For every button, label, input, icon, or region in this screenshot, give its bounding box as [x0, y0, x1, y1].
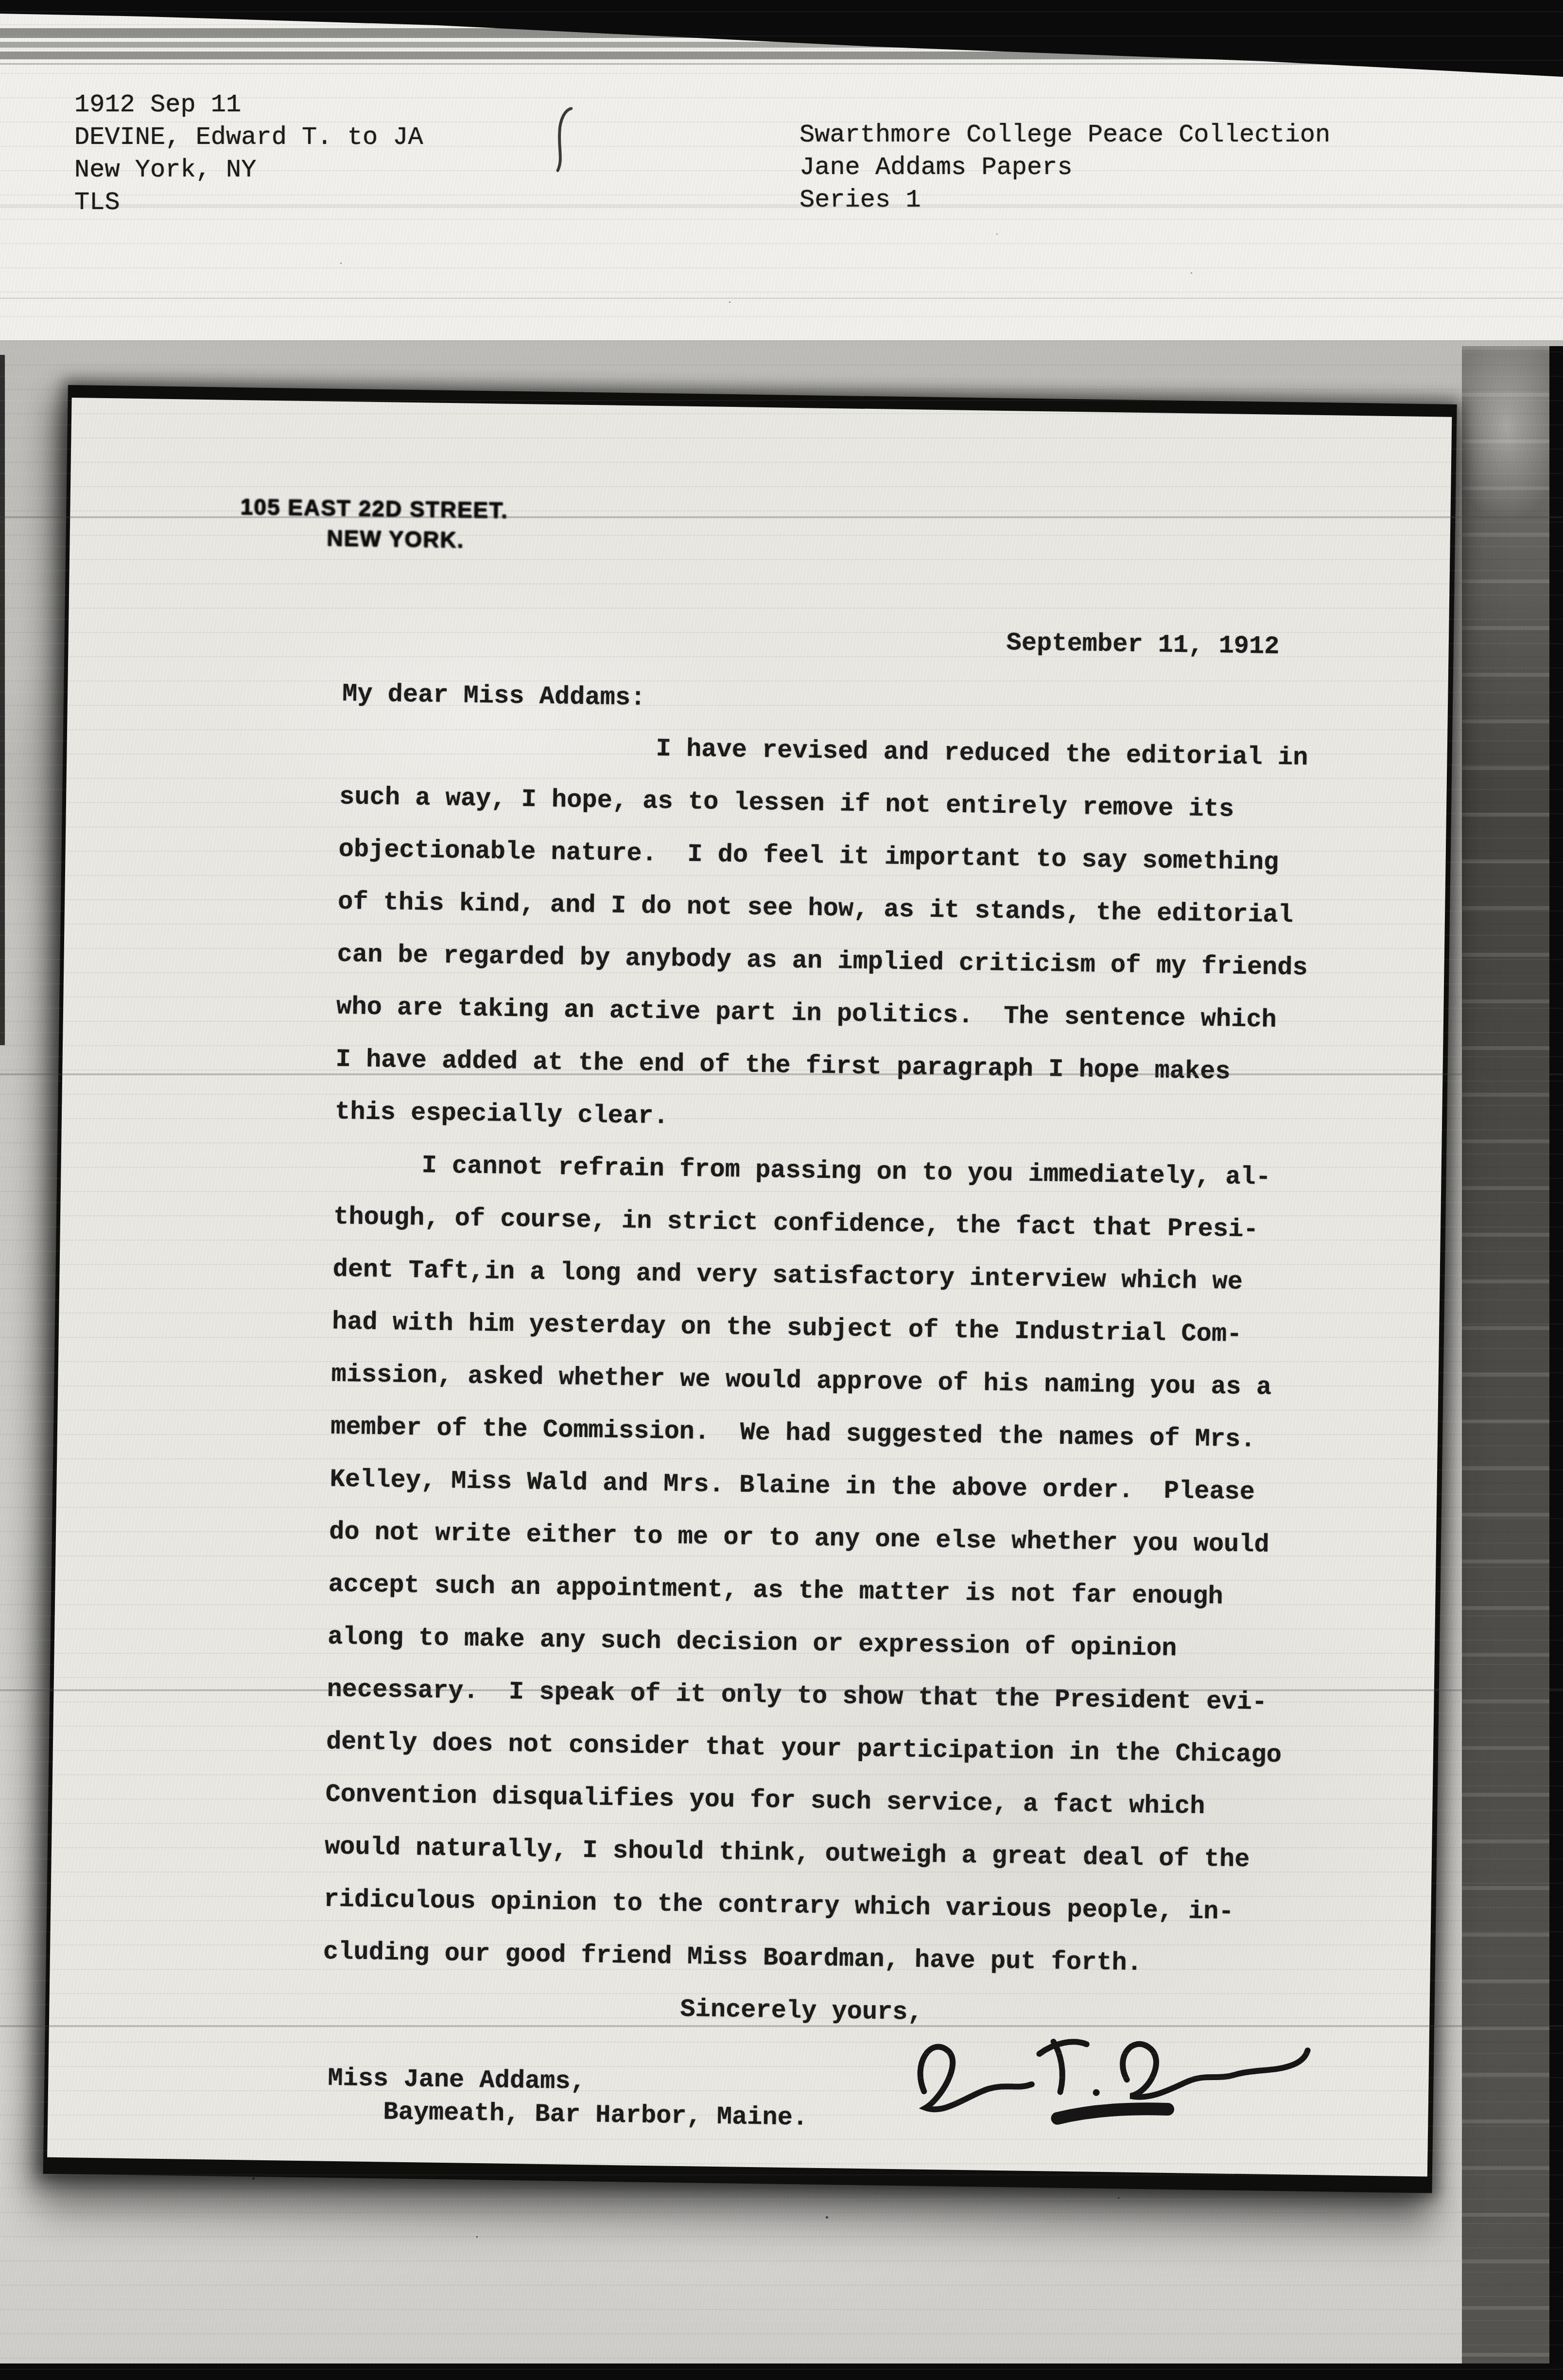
- scanner-stripe: [0, 297, 1563, 299]
- scanned-letter-page: 1912 Sep 11 DEVINE, Edward T. to JA New …: [0, 0, 1563, 2380]
- series-label: Series 1: [799, 184, 1330, 216]
- film-edge-black: [1549, 346, 1563, 2368]
- papers-name: Jane Addams Papers: [799, 151, 1330, 184]
- letter-date: September 11, 1912: [1006, 629, 1279, 661]
- catalog-annotation-left: 1912 Sep 11 DEVINE, Edward T. to JA New …: [74, 88, 423, 219]
- scanner-streak: [0, 516, 1563, 518]
- catalog-doc-type: TLS: [74, 186, 423, 219]
- catalog-date: 1912 Sep 11: [74, 88, 423, 121]
- letterhead-city: NEW YORK.: [240, 522, 551, 556]
- letterhead: 105 EAST 22D STREET. NEW YORK.: [240, 491, 552, 556]
- scanner-streak: [0, 1073, 1563, 1075]
- catalog-correspondents: DEVINE, Edward T. to JA: [74, 121, 423, 154]
- scanner-streak: [0, 2025, 1563, 2027]
- letterhead-street: 105 EAST 22D STREET.: [240, 491, 552, 526]
- film-bottom-strip: [0, 2363, 1563, 2380]
- catalog-annotation-right: Swarthmore College Peace Collection Jane…: [799, 119, 1330, 216]
- letter-page-frame: 105 EAST 22D STREET. NEW YORK. September…: [43, 385, 1457, 2193]
- letter-body: I have revised and reduced the editorial…: [323, 718, 1356, 1993]
- catalog-place: New York, NY: [74, 154, 423, 186]
- collection-name: Swarthmore College Peace Collection: [799, 119, 1330, 151]
- scanner-streak: [0, 1689, 1563, 1691]
- signature: [892, 2004, 1315, 2136]
- letter-page: 105 EAST 22D STREET. NEW YORK. September…: [47, 398, 1452, 2176]
- recipient-name: Miss Jane Addams,: [328, 2064, 586, 2096]
- salutation: My dear Miss Addams:: [342, 680, 646, 713]
- recipient-address: Baymeath, Bar Harbor, Maine.: [383, 2098, 808, 2132]
- film-left-sliver: [0, 355, 5, 1045]
- film-edge-band: [1462, 346, 1550, 2368]
- closing: Sincerely yours,: [680, 1995, 923, 2027]
- film-top-wedge: [0, 0, 1563, 83]
- pen-mark: [542, 103, 578, 179]
